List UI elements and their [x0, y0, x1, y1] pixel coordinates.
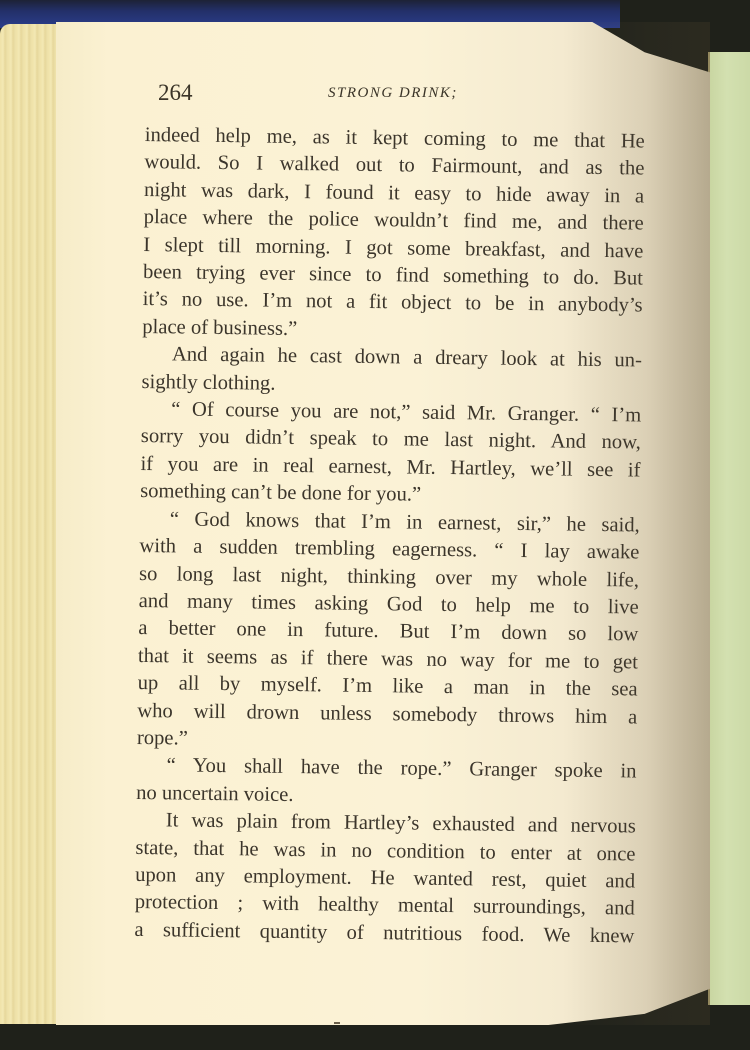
page-number: 264 — [158, 80, 193, 106]
scan-background-bottom — [0, 1025, 750, 1050]
page-edges — [0, 24, 62, 1024]
page-header: 264 STRONG DRINK; — [158, 80, 648, 110]
paper-speck — [334, 1022, 340, 1024]
running-head: STRONG DRINK; — [328, 85, 458, 102]
body-text: indeed help me, as it kept coming to me … — [134, 122, 645, 951]
endpaper-green — [708, 52, 750, 1005]
